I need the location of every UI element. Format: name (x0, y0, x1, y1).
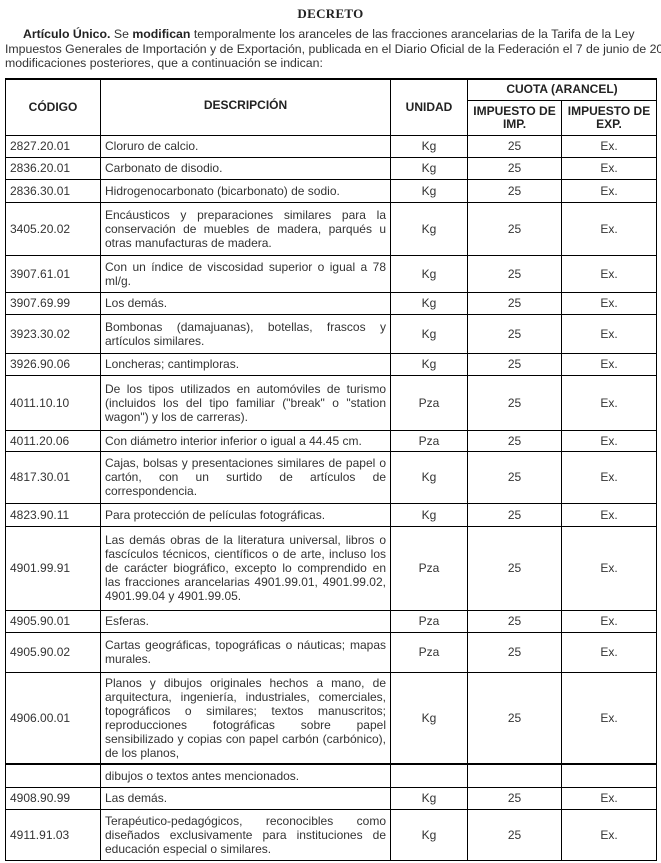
table-row: 3926.90.06Loncheras; cantimploras.Kg25Ex… (6, 353, 657, 375)
intro-line-2: Impuestos Generales de Importación y de … (5, 42, 661, 57)
cell-impuesto-exp: Ex. (562, 503, 657, 526)
table-row: 4908.90.99Las demás.Kg25Ex. (6, 787, 657, 809)
cell-impuesto-exp: Ex. (562, 314, 657, 353)
cell-impuesto-exp: Ex. (562, 430, 657, 451)
tariff-table: CÓDIGO DESCRIPCIÓN UNIDAD CUOTA (ARANCEL… (5, 78, 657, 861)
cell-unidad: Kg (391, 292, 468, 314)
table-row: 2836.20.01Carbonato de disodio.Kg25Ex. (6, 157, 657, 179)
cell-codigo: 4905.90.01 (6, 610, 101, 632)
cell-impuesto-imp: 25 (468, 179, 562, 202)
cell-codigo: 2827.20.01 (6, 135, 101, 157)
cell-codigo: 3923.30.02 (6, 314, 101, 353)
cell-impuesto-exp: Ex. (562, 451, 657, 503)
cell-descripcion: dibujos o textos antes mencionados. (101, 764, 391, 787)
cell-codigo: 4823.90.11 (6, 503, 101, 526)
intro-line-1-rest: temporalmente los aranceles de las fracc… (190, 27, 634, 41)
table-row: 4911.91.03Terapéutico-pedagógicos, recon… (6, 809, 657, 860)
cell-impuesto-exp: Ex. (562, 809, 657, 860)
cell-impuesto-imp: 25 (468, 610, 562, 632)
cell-descripcion: Cloruro de calcio. (101, 135, 391, 157)
cell-impuesto-imp: 25 (468, 255, 562, 292)
cell-impuesto-imp: 25 (468, 526, 562, 610)
cell-descripcion: Con un índice de viscosidad superior o i… (101, 255, 391, 292)
cell-unidad: Kg (391, 353, 468, 375)
cell-impuesto-exp (562, 764, 657, 787)
cell-impuesto-imp: 25 (468, 375, 562, 430)
cell-codigo: 3907.61.01 (6, 255, 101, 292)
cell-unidad: Kg (391, 787, 468, 809)
cell-codigo: 3405.20.02 (6, 202, 101, 255)
cell-unidad: Pza (391, 430, 468, 451)
cell-unidad: Pza (391, 526, 468, 610)
cell-unidad (391, 764, 468, 787)
header-codigo: CÓDIGO (6, 79, 101, 135)
cell-codigo: 4906.00.01 (6, 672, 101, 764)
table-body: 2827.20.01Cloruro de calcio.Kg25Ex.2836.… (6, 135, 657, 860)
header-impuesto-exp: IMPUESTO DE EXP. (562, 100, 657, 135)
table-row: 4011.20.06Con diámetro interior inferior… (6, 430, 657, 451)
cell-unidad: Kg (391, 157, 468, 179)
table-row: 3923.30.02Bombonas (damajuanas), botella… (6, 314, 657, 353)
table-row: 3907.61.01Con un índice de viscosidad su… (6, 255, 657, 292)
table-row: 4011.10.10De los tipos utilizados en aut… (6, 375, 657, 430)
cell-unidad: Kg (391, 314, 468, 353)
cell-descripcion: Cajas, bolsas y presentaciones similares… (101, 451, 391, 503)
cell-codigo: 3926.90.06 (6, 353, 101, 375)
cell-impuesto-imp: 25 (468, 292, 562, 314)
cell-unidad: Pza (391, 375, 468, 430)
cell-impuesto-exp: Ex. (562, 292, 657, 314)
cell-codigo (6, 764, 101, 787)
cell-unidad: Kg (391, 503, 468, 526)
cell-descripcion: Esferas. (101, 610, 391, 632)
cell-descripcion: Los demás. (101, 292, 391, 314)
cell-unidad: Kg (391, 202, 468, 255)
table-row-continuation: dibujos o textos antes mencionados. (6, 764, 657, 787)
table-row: 3907.69.99Los demás.Kg25Ex. (6, 292, 657, 314)
cell-codigo: 4011.10.10 (6, 375, 101, 430)
cell-impuesto-exp: Ex. (562, 255, 657, 292)
cell-descripcion: Con diámetro interior inferior o igual a… (101, 430, 391, 451)
cell-impuesto-exp: Ex. (562, 610, 657, 632)
cell-descripcion: Carbonato de disodio. (101, 157, 391, 179)
table-row: 4905.90.01Esferas.Pza25Ex. (6, 610, 657, 632)
cell-descripcion: Planos y dibujos originales hechos a man… (101, 672, 391, 764)
cell-unidad: Pza (391, 610, 468, 632)
cell-descripcion: Las demás obras de la literatura univers… (101, 526, 391, 610)
intro-line-3: modificaciones posteriores, que a contin… (5, 56, 661, 71)
cell-unidad: Kg (391, 255, 468, 292)
cell-impuesto-imp: 25 (468, 503, 562, 526)
cell-descripcion: Encáusticos y preparaciones similares pa… (101, 202, 391, 255)
cell-impuesto-exp: Ex. (562, 157, 657, 179)
cell-descripcion: Para protección de películas fotográfica… (101, 503, 391, 526)
cell-descripcion: Hidrogenocarbonato (bicarbonato) de sodi… (101, 179, 391, 202)
cell-descripcion: Bombonas (damajuanas), botellas, frascos… (101, 314, 391, 353)
cell-impuesto-imp: 25 (468, 135, 562, 157)
cell-unidad: Pza (391, 632, 468, 672)
intro-paragraph: Artículo Único. Se modifican temporalmen… (5, 27, 661, 71)
document-title: DECRETO (0, 6, 661, 22)
table-row: 2827.20.01Cloruro de calcio.Kg25Ex. (6, 135, 657, 157)
cell-descripcion: Las demás. (101, 787, 391, 809)
cell-codigo: 3907.69.99 (6, 292, 101, 314)
cell-impuesto-exp: Ex. (562, 632, 657, 672)
cell-impuesto-exp: Ex. (562, 526, 657, 610)
cell-impuesto-imp: 25 (468, 809, 562, 860)
cell-descripcion: Loncheras; cantimploras. (101, 353, 391, 375)
cell-codigo: 4905.90.02 (6, 632, 101, 672)
intro-segment: Se (110, 27, 132, 41)
cell-unidad: Kg (391, 135, 468, 157)
cell-codigo: 2836.30.01 (6, 179, 101, 202)
cell-descripcion: De los tipos utilizados en automóviles d… (101, 375, 391, 430)
cell-impuesto-exp: Ex. (562, 787, 657, 809)
intro-line-1: Artículo Único. Se modifican temporalmen… (5, 27, 661, 42)
header-cuota: CUOTA (ARANCEL) (468, 79, 657, 100)
cell-unidad: Kg (391, 451, 468, 503)
table-row: 4905.90.02Cartas geográficas, topográfic… (6, 632, 657, 672)
cell-codigo: 4911.91.03 (6, 809, 101, 860)
cell-descripcion: Cartas geográficas, topográficas o náuti… (101, 632, 391, 672)
cell-impuesto-imp: 25 (468, 632, 562, 672)
table-row: 4906.00.01Planos y dibujos originales he… (6, 672, 657, 764)
cell-impuesto-imp: 25 (468, 451, 562, 503)
cell-unidad: Kg (391, 672, 468, 764)
table-row: 4901.99.91Las demás obras de la literatu… (6, 526, 657, 610)
table-row: 2836.30.01Hidrogenocarbonato (bicarbonat… (6, 179, 657, 202)
cell-unidad: Kg (391, 809, 468, 860)
intro-verb: modifican (132, 27, 190, 41)
cell-codigo: 4901.99.91 (6, 526, 101, 610)
cell-impuesto-imp: 25 (468, 430, 562, 451)
header-descripcion: DESCRIPCIÓN (101, 79, 391, 135)
header-unidad: UNIDAD (391, 79, 468, 135)
cell-impuesto-imp (468, 764, 562, 787)
cell-impuesto-exp: Ex. (562, 672, 657, 764)
cell-impuesto-exp: Ex. (562, 202, 657, 255)
cell-unidad: Kg (391, 179, 468, 202)
table-row: 3405.20.02Encáusticos y preparaciones si… (6, 202, 657, 255)
cell-codigo: 4817.30.01 (6, 451, 101, 503)
cell-descripcion: Terapéutico-pedagógicos, reconocibles co… (101, 809, 391, 860)
header-impuesto-imp: IMPUESTO DE IMP. (468, 100, 562, 135)
cell-codigo: 2836.20.01 (6, 157, 101, 179)
table-row: 4817.30.01Cajas, bolsas y presentaciones… (6, 451, 657, 503)
cell-impuesto-exp: Ex. (562, 375, 657, 430)
cell-impuesto-exp: Ex. (562, 179, 657, 202)
cell-impuesto-imp: 25 (468, 672, 562, 764)
article-label: Artículo Único. (23, 27, 110, 41)
cell-impuesto-imp: 25 (468, 202, 562, 255)
cell-impuesto-imp: 25 (468, 787, 562, 809)
cell-impuesto-exp: Ex. (562, 135, 657, 157)
cell-impuesto-imp: 25 (468, 353, 562, 375)
cell-impuesto-exp: Ex. (562, 353, 657, 375)
cell-impuesto-imp: 25 (468, 157, 562, 179)
cell-codigo: 4908.90.99 (6, 787, 101, 809)
table-row: 4823.90.11Para protección de películas f… (6, 503, 657, 526)
cell-codigo: 4011.20.06 (6, 430, 101, 451)
cell-impuesto-imp: 25 (468, 314, 562, 353)
